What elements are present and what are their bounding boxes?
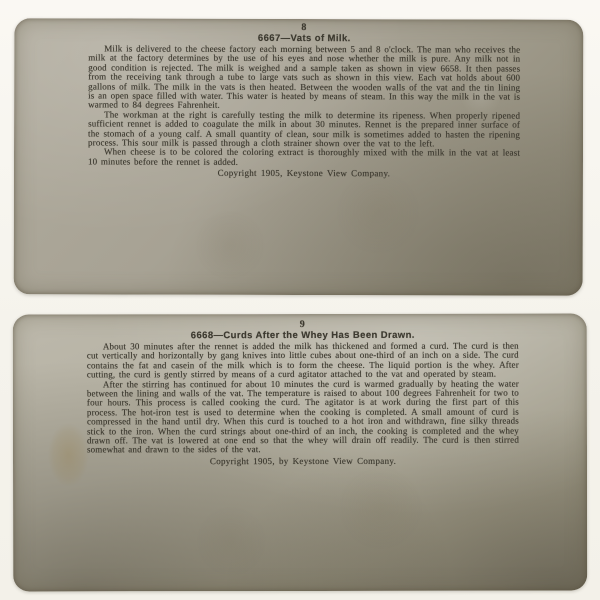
card-title: 6668—Curds After the Whey Has Been Drawn…: [87, 330, 519, 342]
photo-background: 8 6667—Vats of Milk. Milk is delivered t…: [0, 0, 600, 600]
card-body: Milk is delivered to the cheese factory …: [88, 44, 520, 167]
card-text-block: 9 6668—Curds After the Whey Has Been Dra…: [87, 319, 519, 467]
copyright-line: Copyright 1905, Keystone View Company.: [88, 168, 520, 179]
paragraph: When cheese is to be colored the colorin…: [88, 148, 520, 168]
stereoview-card-curds-after-whey: 9 6668—Curds After the Whey Has Been Dra…: [13, 313, 587, 591]
paragraph: Milk is delivered to the cheese factory …: [88, 44, 520, 111]
paragraph: After the stirring has continued for abo…: [87, 379, 519, 455]
card-text-block: 8 6667—Vats of Milk. Milk is delivered t…: [88, 21, 520, 178]
copyright-line: Copyright 1905, by Keystone View Company…: [87, 455, 519, 466]
card-body: About 30 minutes after the rennet is add…: [87, 342, 519, 456]
paragraph: About 30 minutes after the rennet is add…: [87, 342, 519, 380]
paragraph: The workman at the right is carefully te…: [88, 110, 520, 149]
plate-number: 9: [87, 319, 519, 331]
stereoview-card-vats-of-milk: 8 6667—Vats of Milk. Milk is delivered t…: [14, 18, 584, 295]
